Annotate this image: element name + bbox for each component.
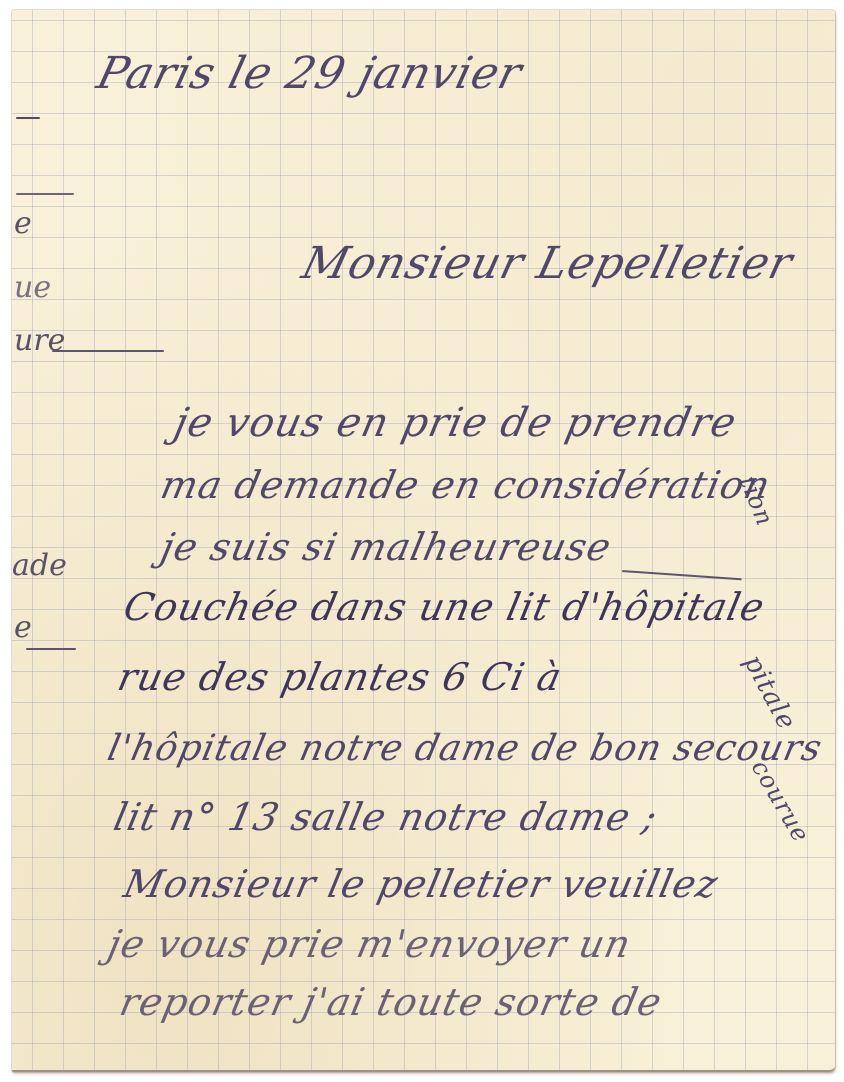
salutation: Monsieur Lepelletier <box>297 238 798 289</box>
dateline: Paris le 29 janvier <box>92 48 528 99</box>
body-line: je vous en prie de prendre <box>170 400 741 446</box>
body-line: l'hôpitale notre dame de bon secours <box>104 728 826 769</box>
body-line: reporter j'ai toute sorte de <box>116 980 666 1024</box>
body-line: je vous prie m'envoyer un <box>104 922 635 966</box>
margin-fragment: e <box>14 610 32 645</box>
margin-dash <box>16 193 74 195</box>
margin-dash <box>16 117 40 119</box>
body-line: Monsieur le pelletier veuillez <box>120 862 722 906</box>
margin-fragment: ue <box>14 270 51 305</box>
margin-fragment: ade <box>12 548 67 583</box>
margin-underline <box>26 648 76 650</box>
margin-fragment: ure <box>14 323 65 358</box>
body-line: ma demande en considération <box>157 463 775 507</box>
body-line: je suis si malheureuse <box>157 525 616 569</box>
wrapped-fragment: tion <box>734 472 779 530</box>
wrapped-fragment: pitale <box>738 650 802 735</box>
line-flourish <box>622 570 742 580</box>
margin-fragment: e <box>14 206 32 241</box>
body-line: rue des plantes 6 Ci à <box>114 655 566 699</box>
body-line: lit n° 13 salle notre dame ; <box>110 795 662 839</box>
letter-page: e ue ure ade e Paris le 29 janvier Monsi… <box>12 10 835 1072</box>
margin-underline <box>52 350 164 352</box>
body-line: Couchée dans une lit d'hôpitale <box>120 585 769 629</box>
